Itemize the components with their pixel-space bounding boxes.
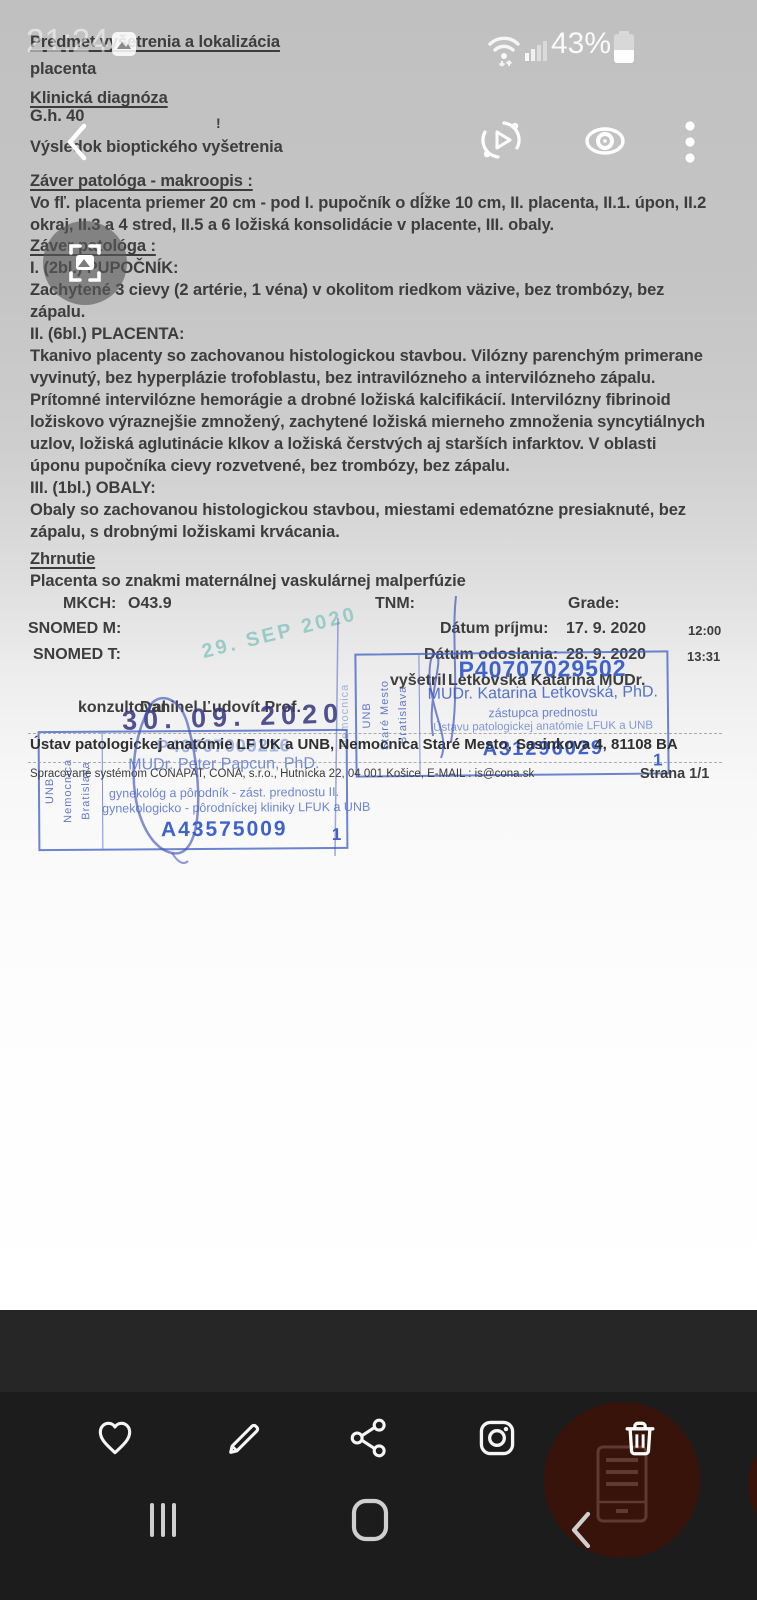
share-button[interactable] [348,1416,392,1460]
stamp-vlabel: Nemocnica [62,737,75,845]
doc-heading: II. (6bl.) PLACENTA: [30,325,184,344]
more-options-button[interactable] [680,118,700,166]
nav-home-button[interactable] [348,1498,392,1542]
eye-button[interactable] [582,118,628,164]
teal-date-stamp: 29. SEP 2020 [200,603,360,664]
mkch-label: MKCH: [63,595,116,613]
doc-heading: III. (1bl.) OBALY: [30,479,156,498]
doc-text: úponu pupočníka cievy rozvetvené, bez tr… [30,457,510,476]
grade-label: Grade: [568,595,620,613]
doc-text: zápalu, s drobnými ložiskami krvácania. [30,523,340,542]
stamp-vlabel: UNB [360,659,373,771]
nav-back-button[interactable] [560,1508,604,1552]
stamp-role: gynekológ a pôrodník - zást. prednostu I… [102,785,346,801]
stamp-right: Nemocnica UNB Staré Mesto Bratislava P40… [354,650,669,777]
screenshot-icon [112,32,136,56]
stamp-count: 1 [332,825,342,845]
doc-heading: Záver patológa - makroopis : [30,172,253,191]
favorite-button[interactable] [93,1416,137,1460]
footer-page: Strana 1/1 [640,766,709,782]
nav-recents-button[interactable] [141,1498,185,1542]
doc-stray-mark: ! [216,115,221,131]
stamp-org: Ústavu patologickej anatómie LFUK a UNB [419,719,667,734]
doc-text: ložiskovo výraznejšie zmnožený, zachyten… [30,413,705,432]
doc-text: Obaly so zachovanou histologickou stavbo… [30,501,686,520]
photo-viewer-image[interactable]: Predmet vyšetrenia a lokalizácia placent… [0,0,757,1310]
signal-icon [524,36,550,62]
letterbox-band [0,1310,757,1392]
dashed-rule [28,733,722,734]
stamp-name: MUDr. Katarina Letkovská, PhD. [419,683,667,704]
doc-text: uzlov, ložiská aglutinácie klkov a ložis… [30,435,656,454]
doc-text: vyvinutý, bez hyperplázie trofoblastu, b… [30,369,655,388]
doc-text: Tkanivo placenty so zachovanou histologi… [30,347,703,366]
battery-icon [614,31,634,63]
stamp-role: zástupca prednostu [419,704,667,721]
instagram-button[interactable] [475,1416,519,1460]
scan-image-button[interactable] [43,221,127,305]
doc-text: Prítomné intervilózne hemorágie a drobné… [30,391,671,410]
doc-heading: Zhrnutie [30,550,95,569]
snomed-t-label: SNOMED T: [33,646,121,664]
doc-text: zápalu. [30,303,85,322]
footer-system: Spracované systémom CONAPAT, CONA, s.r.o… [30,768,534,780]
doc-text: Placenta so znakmi maternálnej vaskulárn… [30,572,466,591]
wifi-icon [482,28,526,68]
back-button[interactable] [56,118,100,166]
mkch-value: O43.9 [128,595,172,613]
stamp-code: P40707029502 [418,654,666,684]
phone-screen: Predmet vyšetrenia a lokalizácia placent… [0,0,757,1600]
battery-percent: 43% [551,27,611,61]
stamp-vlabel: Staré Mesto [378,659,391,771]
datum-prijmu-value: 17. 9. 2020 [566,620,646,638]
datum-odoslania-time: 13:31 [687,649,720,664]
datum-prijmu-time: 12:00 [688,623,721,638]
snomed-m-label: SNOMED M: [28,620,121,638]
stamp-vlabel: UNB [44,737,57,845]
dashed-rule [28,762,722,763]
status-time: 21:24 [26,22,109,60]
stamp-role: gynekologicko - pôrodníckej kliniky LFUK… [102,800,346,816]
doc-text: Vo fľ. placenta priemer 20 cm - pod I. p… [30,194,706,213]
delete-button[interactable] [618,1416,662,1460]
tnm-label: TNM: [375,595,415,613]
stamp-vlabel: Bratislava [396,659,409,771]
stamp-code2: A43575009 [102,817,346,843]
footer-address: Ústav patologickej anatómie LF UK a UNB,… [30,736,678,753]
datum-prijmu-label: Dátum príjmu: [440,620,548,638]
doc-text: placenta [30,60,96,79]
doc-heading: Klinická diagnóza [30,89,168,108]
edit-button[interactable] [223,1416,267,1460]
motion-photo-button[interactable] [477,116,525,164]
